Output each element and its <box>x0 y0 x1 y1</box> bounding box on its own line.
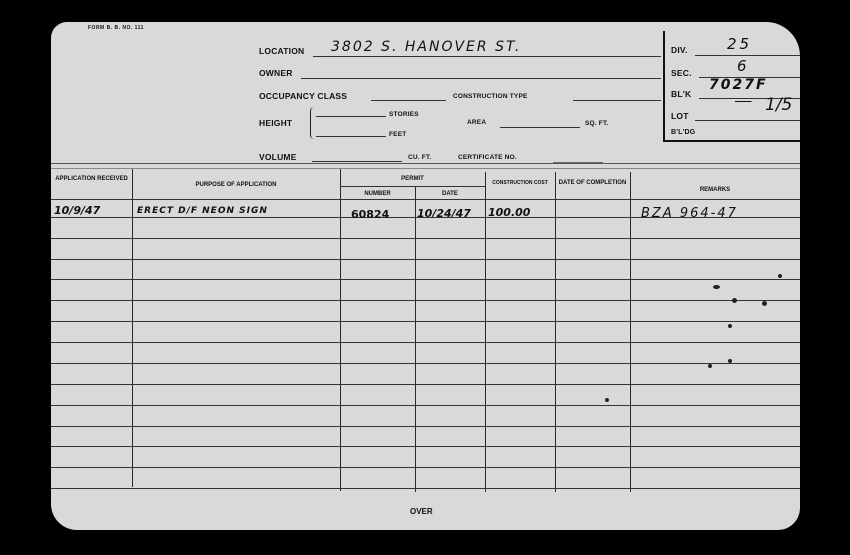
table-top-rule-2 <box>51 168 800 169</box>
lot-value: 1/5 <box>765 95 792 115</box>
stories-line <box>316 116 386 117</box>
construction-line <box>573 100 661 101</box>
location-value: 3802 S. HANOVER ST. <box>331 39 521 55</box>
row-rule <box>51 467 800 468</box>
height-label: HEIGHT <box>259 118 292 128</box>
construction-type-label: CONSTRUCTION TYPE <box>453 93 528 100</box>
volume-label: VOLUME <box>259 152 297 162</box>
header-construction-cost: CONSTRUCTION COST <box>485 179 555 187</box>
scan-speck <box>762 301 767 306</box>
row-rule <box>51 488 800 489</box>
owner-label: OWNER <box>259 68 293 78</box>
stories-label: STORIES <box>389 111 419 118</box>
sec-value: 6 <box>737 57 747 75</box>
row-rule <box>51 405 800 406</box>
row-rule <box>51 199 800 200</box>
volume-line <box>312 161 402 162</box>
permit-subheader-rule <box>340 186 485 187</box>
header-permit-number: NUMBER <box>340 190 415 198</box>
bldg-label: B'L'DG <box>671 129 695 136</box>
row-rule <box>51 384 800 385</box>
scan-speck <box>732 298 737 303</box>
height-brace <box>310 107 315 139</box>
row-rule <box>51 321 800 322</box>
permit-index-card: FORM B. B. NO. 111 LOCATION 3802 S. HANO… <box>51 22 800 530</box>
lot-struck-value <box>735 94 752 109</box>
blk-value: 7027F <box>709 77 768 93</box>
scan-speck <box>728 324 732 328</box>
header-application-received: APPLICATION RECEIVED <box>51 175 132 183</box>
scan-speck <box>713 285 720 289</box>
table-top-rule <box>51 163 800 164</box>
feet-label: FEET <box>389 131 406 138</box>
location-label: LOCATION <box>259 46 304 56</box>
header-purpose: PURPOSE OF APPLICATION <box>132 181 340 189</box>
row-construction-cost: 100.00 <box>488 206 530 219</box>
row-rule <box>51 342 800 343</box>
owner-line <box>301 78 661 79</box>
row-rule <box>51 238 800 239</box>
row-rule <box>51 259 800 260</box>
cuft-label: CU. FT. <box>408 154 431 161</box>
feet-line <box>316 136 386 137</box>
div-label: DIV. <box>671 45 688 55</box>
header-remarks: REMARKS <box>630 186 800 194</box>
row-rule <box>51 426 800 427</box>
row-application-received: 10/9/47 <box>54 204 100 217</box>
sec-label: SEC. <box>671 68 692 78</box>
header-permit-date: DATE <box>415 190 485 198</box>
col-divider-6 <box>630 172 631 492</box>
area-line <box>500 127 580 128</box>
scan-speck <box>605 398 609 402</box>
row-permit-date: 10/24/47 <box>417 207 471 220</box>
col-divider-5 <box>555 172 556 492</box>
row-rule <box>51 279 800 280</box>
over-label: OVER <box>410 507 433 516</box>
scan-speck <box>728 359 732 363</box>
row-rule <box>51 446 800 447</box>
sqft-label: SQ. FT. <box>585 120 608 127</box>
row-permit-number: 60824 <box>351 208 389 221</box>
div-line <box>695 55 800 56</box>
occupancy-line <box>371 100 446 101</box>
lot-label: LOT <box>671 111 689 121</box>
row-remarks: BZA 964-47 <box>641 206 738 221</box>
div-value: 25 <box>727 35 752 53</box>
header-date-of-completion: DATE OF COMPLETION <box>555 179 630 187</box>
certificate-no-label: CERTIFICATE NO. <box>458 154 517 161</box>
area-label: AREA <box>467 119 486 126</box>
scan-speck <box>778 274 782 278</box>
row-purpose: ERECT D/F NEON SIGN <box>137 206 268 216</box>
occupancy-class-label: OCCUPANCY CLASS <box>259 91 347 101</box>
form-print-number: FORM B. B. NO. 111 <box>88 25 144 31</box>
header-permit: PERMIT <box>340 175 485 183</box>
location-line <box>313 56 661 57</box>
lot-line <box>695 120 800 121</box>
index-box: DIV. 25 SEC. 6 BL'K 7027F LOT 1/5 B'L'DG <box>663 31 800 142</box>
col-divider-4 <box>485 172 486 492</box>
blk-label: BL'K <box>671 89 691 99</box>
scan-speck <box>708 364 712 368</box>
row-rule <box>51 363 800 364</box>
row-rule <box>51 300 800 301</box>
